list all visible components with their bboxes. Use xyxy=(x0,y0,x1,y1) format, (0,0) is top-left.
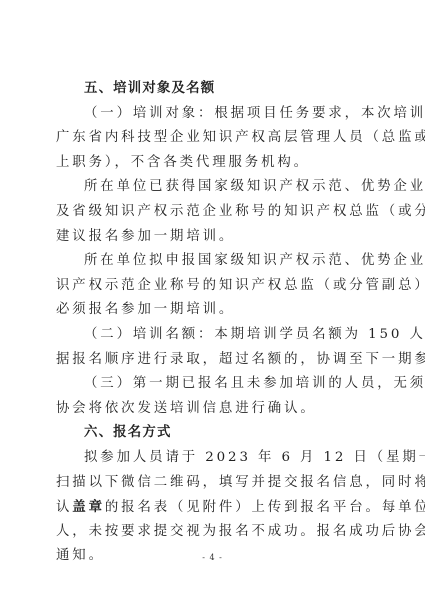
section-heading-6: 六、报名方式 xyxy=(56,421,369,446)
text-span: 认 xyxy=(56,500,72,515)
section-heading-5: 五、培训对象及名额 xyxy=(56,77,369,102)
document-page: 五、培训对象及名额 （一）培训对象：根据项目任务要求，本次培训对象面向 广东省内… xyxy=(0,0,425,600)
text-line: 认盖章的报名表（见附件）上传到报名平台。每单位限报名 2 xyxy=(56,495,369,520)
paragraph-quota: （二）培训名额：本期培训学员名额为 150 人，协会将根 据报名顺序进行录取，超… xyxy=(56,323,369,372)
text-line: （三）第一期已报名且未参加培训的人员，无须再次报名， xyxy=(56,372,369,397)
paragraph-mandatory: 所在单位拟申报国家级知识产权示范、优势企业、省级知 识产权示范企业称号的知识产权… xyxy=(56,249,369,323)
text-line: （一）培训对象：根据项目任务要求，本次培训对象面向 xyxy=(56,102,369,127)
text-line: 协会将依次发送培训信息进行确认。 xyxy=(56,397,369,422)
text-line: 扫描以下微信二维码，填写并提交报名信息，同时将经单位确 xyxy=(56,471,369,496)
emphasis-seal: 盖章 xyxy=(72,499,105,515)
document-body: 五、培训对象及名额 （一）培训对象：根据项目任务要求，本次培训对象面向 广东省内… xyxy=(56,77,369,569)
text-line: 广东省内科技型企业知识产权高层管理人员（总监或同级别以 xyxy=(56,126,369,151)
text-line: 所在单位拟申报国家级知识产权示范、优势企业、省级知 xyxy=(56,249,369,274)
page-number: - 4 - xyxy=(0,553,425,562)
text-line: 识产权示范企业称号的知识产权总监（或分管副总），原则上 xyxy=(56,274,369,299)
text-line: 人，未按要求提交视为报名不成功。报名成功后协会将以短信 xyxy=(56,520,369,545)
text-line: 建议报名参加一期培训。 xyxy=(56,225,369,250)
text-span: 的报名表（见附件）上传到报名平台。每单位限报名 2 xyxy=(105,500,425,515)
text-line: 拟参加人员请于 2023 年 6 月 12 日（星期一）12:00 前通过 xyxy=(56,446,369,471)
text-line: 据报名顺序进行录取，超过名额的，协调至下一期参加。 xyxy=(56,348,369,373)
paragraph-training-target: （一）培训对象：根据项目任务要求，本次培训对象面向 广东省内科技型企业知识产权高… xyxy=(56,102,369,176)
paragraph-first-period: （三）第一期已报名且未参加培训的人员，无须再次报名， 协会将依次发送培训信息进行… xyxy=(56,372,369,421)
text-line: 及省级知识产权示范企业称号的知识产权总监（或分管副总）， xyxy=(56,200,369,225)
text-line: 所在单位已获得国家级知识产权示范、优势企业称号，以 xyxy=(56,175,369,200)
paragraph-recommended: 所在单位已获得国家级知识产权示范、优势企业称号，以 及省级知识产权示范企业称号的… xyxy=(56,175,369,249)
text-line: （二）培训名额：本期培训学员名额为 150 人，协会将根 xyxy=(56,323,369,348)
text-line: 上职务），不含各类代理服务机构。 xyxy=(56,151,369,176)
paragraph-registration-method: 拟参加人员请于 2023 年 6 月 12 日（星期一）12:00 前通过 扫描… xyxy=(56,446,369,569)
text-line: 必须报名参加一期培训。 xyxy=(56,298,369,323)
